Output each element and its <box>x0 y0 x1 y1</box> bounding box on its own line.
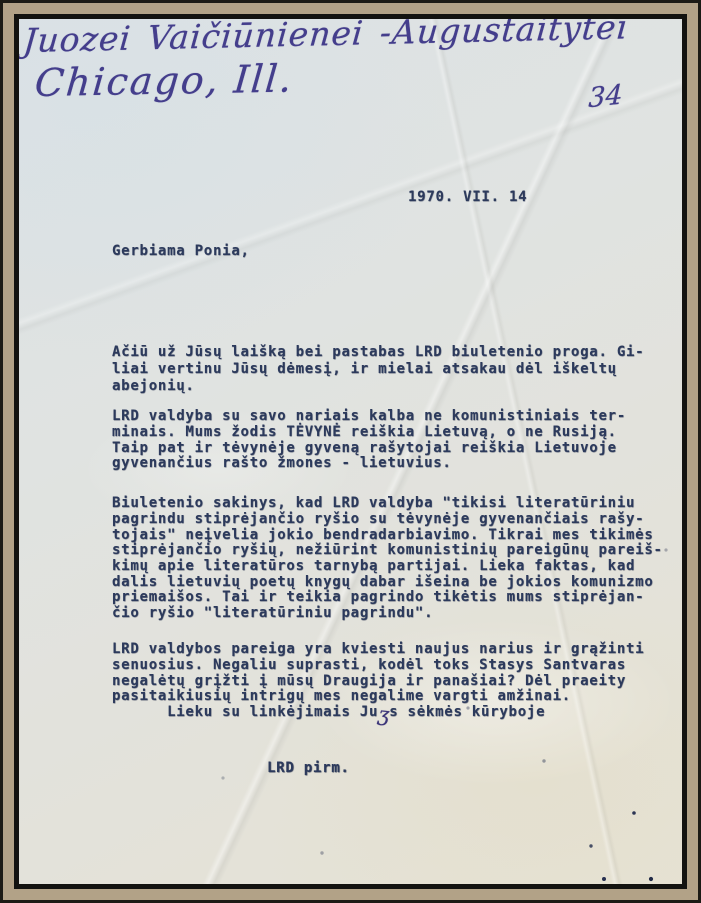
closing-text-before: Lieku su linkėjimais Ju <box>167 704 378 720</box>
typewritten-line: tojais" neįvelia jokio bendradarbiavimo.… <box>112 528 687 544</box>
closing-line: Lieku su linkėjimais Juʒs sėkmės kūryboj… <box>112 686 545 736</box>
typewritten-line: stiprėjančio ryšių, nežiūrint komunistin… <box>112 543 687 559</box>
handwritten-recipient-name: Juozei Vaičiūnienei -Augustaitytei <box>22 14 630 60</box>
signature-line: LRD pirm. <box>267 761 350 777</box>
letter-date: 1970. VII. 14 <box>408 190 527 206</box>
photo-frame: Juozei Vaičiūnienei -Augustaitytei Chica… <box>0 0 701 903</box>
salutation: Gerbiama Ponia, <box>112 244 250 260</box>
typewritten-line: LRD valdyba su savo nariais kalba ne kom… <box>112 409 687 425</box>
typewritten-line: minais. Mums žodis TĖVYNĖ reiškia Lietuv… <box>112 425 687 441</box>
handwritten-correction-mark: ʒ <box>377 706 390 723</box>
typewritten-line: Ačiū už Jūsų laišką bei pastabas LRD biu… <box>112 344 687 361</box>
typewritten-line: pagrindu stiprėjančio ryšio su tėvynėje … <box>112 512 687 528</box>
typewritten-line: senuosius. Negaliu suprasti, kodėl toks … <box>112 658 687 674</box>
typewritten-line: kimų apie literatūros tarnybą partijai. … <box>112 559 687 575</box>
ink-specks <box>19 19 21 21</box>
typewritten-line: LRD valdybos pareiga yra kviesti naujus … <box>112 642 687 658</box>
letter-paper: Juozei Vaičiūnienei -Augustaitytei Chica… <box>14 14 687 889</box>
handwritten-page-number: 34 <box>588 79 623 114</box>
closing-text-after: s sėkmės kūryboje <box>389 704 545 720</box>
handwritten-city: Chicago, Ill. <box>33 56 295 105</box>
typewritten-line: Biuletenio sakinys, kad LRD valdyba "tik… <box>112 496 687 512</box>
typewritten-line: dalis lietuvių poetų knygų dabar išeina … <box>112 575 687 591</box>
